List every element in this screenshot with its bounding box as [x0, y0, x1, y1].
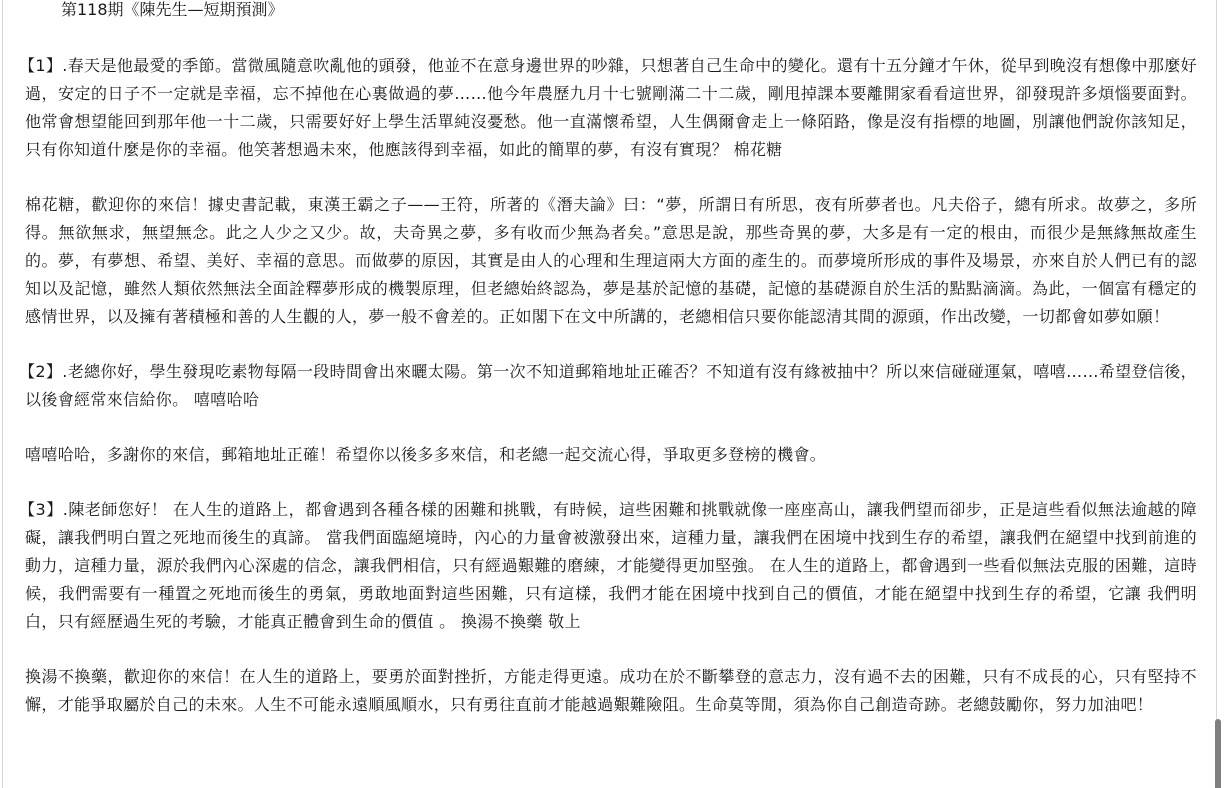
document-title: 第118期《陳先生—短期預測》 [61, 0, 284, 21]
reply-1: 棉花糖，歡迎你的來信！據史書記載，東漢王霸之子——王符，所著的《潛夫論》曰：“夢… [25, 191, 1197, 331]
scrollbar-track[interactable] [1216, 0, 1217, 788]
document-body: 【1】.春天是他最愛的季節。當微風隨意吹亂他的頭發，他並不在意身邊世界的吵雜，只… [25, 52, 1197, 746]
reply-3: 換湯不換藥，歡迎你的來信！在人生的道路上，要勇於面對挫折，方能走得更遠。成功在於… [25, 663, 1197, 719]
letter-2: 【2】.老總你好，學生發現吃素物每隔一段時間會出來曬太陽。第一次不知道郵箱地址正… [25, 358, 1197, 414]
document-viewport: 第118期《陳先生—短期預測》 【1】.春天是他最愛的季節。當微風隨意吹亂他的頭… [0, 0, 1212, 788]
page-left-border [2, 0, 3, 788]
letter-1: 【1】.春天是他最愛的季節。當微風隨意吹亂他的頭發，他並不在意身邊世界的吵雜，只… [25, 52, 1197, 164]
reply-2: 嘻嘻哈哈，多謝你的來信，郵箱地址正確！希望你以後多多來信，和老總一起交流心得，爭… [25, 441, 1197, 469]
vertical-scrollbar[interactable] [1212, 0, 1224, 788]
letter-3: 【3】.陳老師您好！ 在人生的道路上，都會遇到各種各樣的困難和挑戰，有時候，這些… [25, 496, 1197, 636]
scrollbar-thumb[interactable] [1215, 719, 1221, 788]
